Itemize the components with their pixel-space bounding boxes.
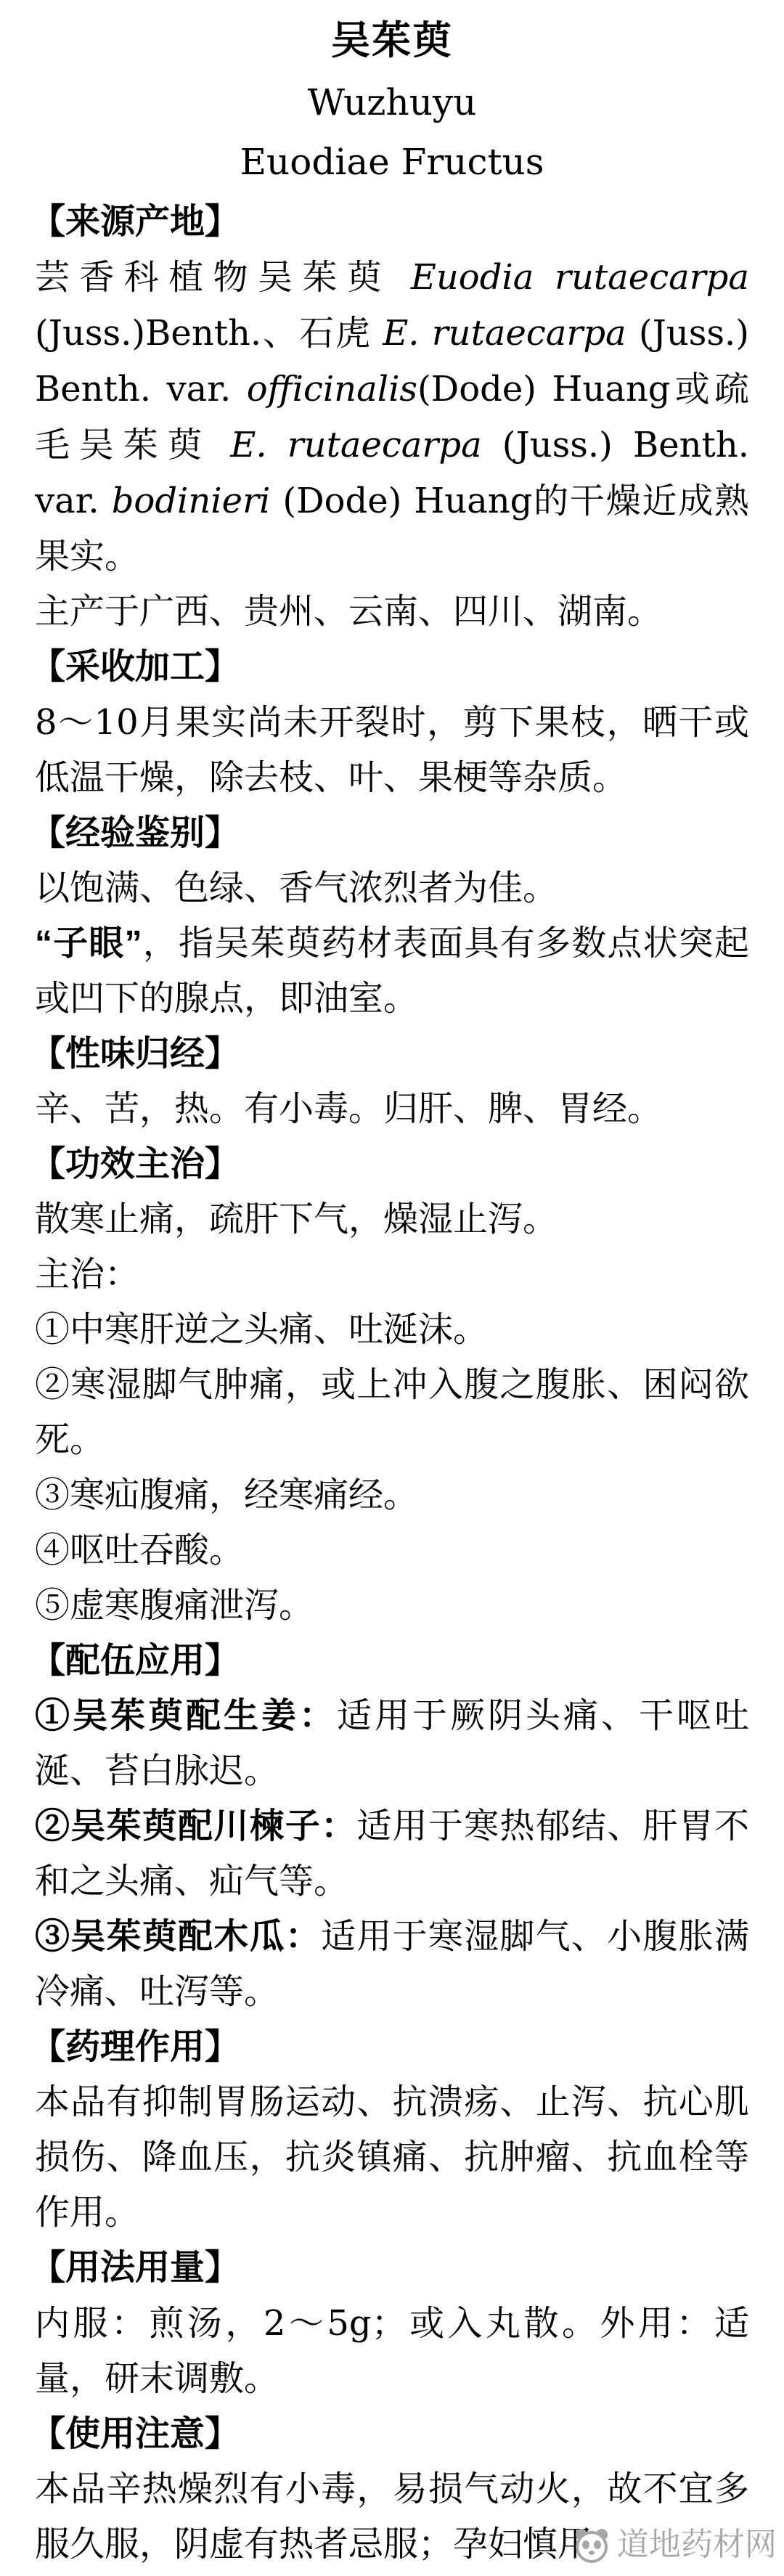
paragraph: ①吴茱萸配生姜：适用于厥阴头痛、干呕吐涎、苔白脉迟。 [35,1689,749,1799]
text-run: 10 [94,702,139,743]
text-run: 【性味归经】 [30,1035,240,1073]
article-page: 吴茱萸 Wuzhuyu Euodiae Fructus 【来源产地】芸香科植物吴… [0,0,784,2572]
page-title: 吴茱萸 [35,9,749,73]
text-run: 月果实尚未开裂时，剪下果枝，晒干或低温干燥，除去枝、叶、果梗等杂质。 [35,704,749,797]
text-run: 5g [327,2303,371,2344]
text-run: 【药理作用】 [30,2028,240,2066]
text-run: 以饱满、色绿、香气浓烈者为佳。 [35,869,558,908]
paragraph: 以饱满、色绿、香气浓烈者为佳。 [35,861,749,916]
text-run: Euodia rutaecarpa [411,257,749,298]
section-heading: 【来源产地】 [35,195,749,250]
text-run: (Dode) Huang [270,481,532,521]
paragraph: “子眼”，指吴茱萸药材表面具有多数点状突起或凹下的腺点，即油室。 [35,916,749,1027]
text-run: 芸香科植物吴茱萸 [35,258,411,297]
text-run: (Juss.)Benth. [35,313,261,354]
text-run: ，指吴茱萸药材表面具有多数点状突起或凹下的腺点，即油室。 [35,924,749,1018]
paragraph: ③寒疝腹痛，经寒痛经。 [35,1468,749,1523]
section-heading: 【配伍应用】 [35,1634,749,1689]
text-run: ③寒疝腹痛，经寒痛经。 [35,1476,418,1515]
text-run: (Dode) Huang [417,369,670,409]
text-run: 8 [35,702,57,743]
text-run: ～ [57,704,94,742]
section-heading: 【使用注意】 [35,2407,749,2462]
text-run: ②吴茱萸配川楝子： [35,1807,356,1846]
watermark-text: 道地药材网 [617,2529,777,2561]
text-run: ④呕吐吞酸。 [35,1531,244,1570]
section-heading: 【采收加工】 [35,640,749,695]
paragraph: 散寒止痛，疏肝下气，燥湿止泻。 [35,1192,749,1247]
paragraph: 本品有抑制胃肠运动、抗溃疡、止泻、抗心肌损伤、降血压，抗炎镇痛、抗肿瘤、抗血栓等… [35,2075,749,2241]
panda-logo-icon [572,2525,611,2564]
paragraph: ④呕吐吞酸。 [35,1523,749,1578]
text-run: 本品有抑制胃肠运动、抗溃疡、止泻、抗心肌损伤、降血压，抗炎镇痛、抗肿瘤、抗血栓等… [35,2083,749,2232]
paragraph: ②吴茱萸配川楝子：适用于寒热郁结、肝胃不和之头痛、疝气等。 [35,1799,749,1909]
text-run: 辛、苦，热。有小毒。归肝、脾、胃经。 [35,1090,662,1128]
document-body: 【来源产地】芸香科植物吴茱萸 Euodia rutaecarpa (Juss.)… [35,195,749,2572]
paragraph: 辛、苦，热。有小毒。归肝、脾、胃经。 [35,1082,749,1137]
text-run: 主产于广西、贵州、云南、四川、湖南。 [35,592,662,631]
section-heading: 【经验鉴别】 [35,806,749,861]
text-run: 【采收加工】 [30,648,240,686]
section-heading: 【用法用量】 [35,2241,749,2296]
section-heading: 【性味归经】 [35,1027,749,1082]
paragraph: ③吴茱萸配木瓜：适用于寒湿脚气、小腹胀满冷痛、吐泻等。 [35,1909,749,2020]
text-run: 主治： [35,1255,139,1294]
paragraph: 8～10月果实尚未开裂时，剪下果枝，晒干或低温干燥，除去枝、叶、果梗等杂质。 [35,695,749,806]
text-run: 【使用注意】 [30,2415,240,2453]
text-run: 2 [264,2303,286,2344]
text-run: “子眼” [35,924,142,963]
text-run: ①吴茱萸配生姜： [35,1697,337,1735]
text-run: 散寒止痛，疏肝下气，燥湿止泻。 [35,1200,558,1239]
text-run: ～ [285,2304,327,2343]
text-run: E. rutaecarpa [383,313,626,354]
text-run: officinalis [247,369,417,409]
text-run: 【用法用量】 [30,2249,240,2287]
paragraph: 内服：煎汤，2～5g；或入丸散。外用：适量，研末调敷。 [35,2296,749,2407]
text-run: 【来源产地】 [30,203,240,241]
text-run: 内服：煎汤， [35,2304,264,2343]
text-run: 【功效主治】 [30,1145,240,1183]
paragraph: ②寒湿脚气肿痛，或上冲入腹之腹胀、困闷欲死。 [35,1358,749,1468]
page-title-pinyin: Wuzhuyu [35,73,749,132]
text-run: ①中寒肝逆之头痛、吐涎沫。 [35,1311,488,1349]
page-title-latin: Euodiae Fructus [35,132,749,192]
text-run: E. rutaecarpa [230,425,481,465]
section-heading: 【药理作用】 [35,2020,749,2075]
paragraph: ⑤虚寒腹痛泄泻。 [35,1578,749,1634]
text-run: 【配伍应用】 [30,1642,240,1680]
text-run: ③吴茱萸配木瓜： [35,1917,321,1956]
watermark: 道地药材网 [572,2525,777,2564]
title-block: 吴茱萸 Wuzhuyu Euodiae Fructus [35,9,749,192]
text-run: 【经验鉴别】 [30,814,240,852]
text-run: ②寒湿脚气肿痛，或上冲入腹之腹胀、困闷欲死。 [35,1366,749,1459]
paragraph: ①中寒肝逆之头痛、吐涎沫。 [35,1303,749,1358]
text-run: bodinieri [112,481,271,521]
section-heading: 【功效主治】 [35,1137,749,1192]
paragraph: 主产于广西、贵州、云南、四川、湖南。 [35,584,749,640]
text-run: 、石虎 [261,314,383,353]
paragraph: 芸香科植物吴茱萸 Euodia rutaecarpa (Juss.)Benth.… [35,250,749,584]
paragraph: 主治： [35,1247,749,1303]
text-run: ⑤虚寒腹痛泄泻。 [35,1586,314,1625]
